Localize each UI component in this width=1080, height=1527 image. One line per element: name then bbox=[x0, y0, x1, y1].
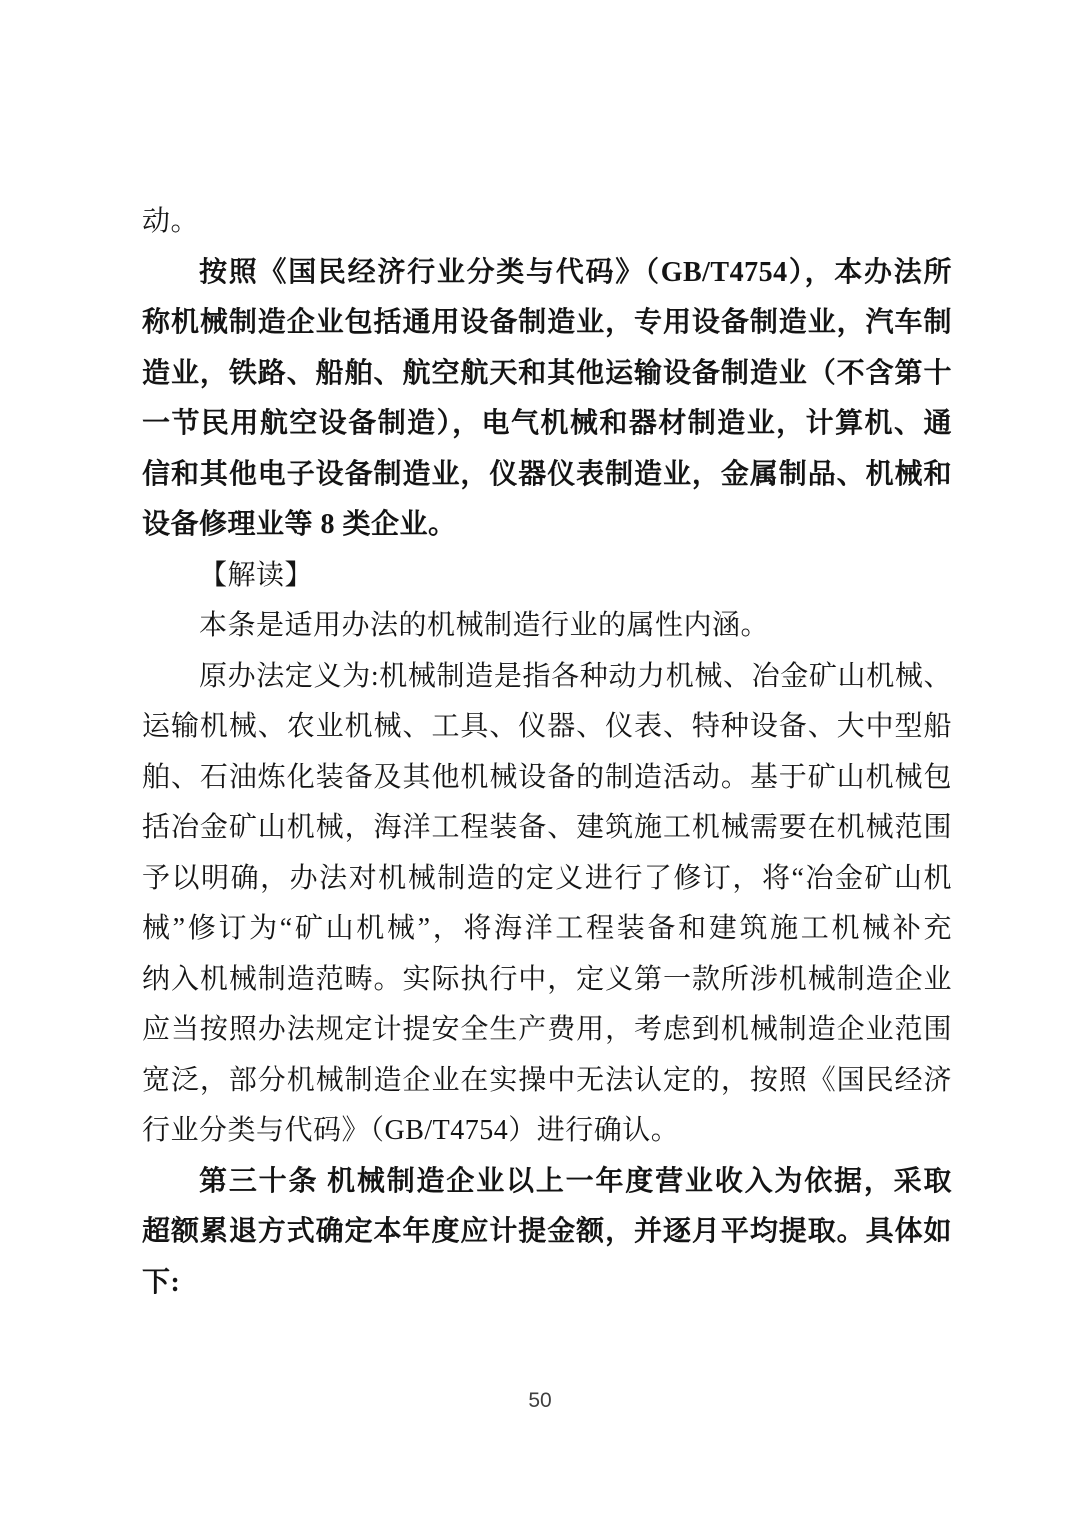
text-line: 应当按照办法规定计提安全生产费用，考虑到机械制造企业范围 bbox=[142, 1005, 952, 1056]
text-line: 一节民用航空设备制造），电气机械和器材制造业，计算机、通 bbox=[142, 399, 952, 450]
text-line: 设备修理业等 8 类企业。 bbox=[142, 500, 952, 551]
text-line: 本条是适用办法的机械制造行业的属性内涵。 bbox=[142, 601, 952, 652]
text-line: 括冶金矿山机械，海洋工程装备、建筑施工机械需要在机械范围 bbox=[142, 803, 952, 854]
text-line: 运输机械、农业机械、工具、仪器、仪表、特种设备、大中型船 bbox=[142, 702, 952, 753]
text-line: 下: bbox=[142, 1258, 952, 1309]
text-line: 造业，铁路、船舶、航空航天和其他运输设备制造业（不含第十 bbox=[142, 349, 952, 400]
text-line: 按照《国民经济行业分类与代码》（GB/T4754），本办法所 bbox=[142, 248, 952, 299]
text-line: 第三十条 机械制造企业以上一年度营业收入为依据，采取 bbox=[142, 1157, 952, 1208]
document-body: 动。按照《国民经济行业分类与代码》（GB/T4754），本办法所称机械制造企业包… bbox=[142, 197, 952, 1308]
text-line: 【解读】 bbox=[142, 551, 952, 602]
text-line: 超额累退方式确定本年度应计提金额，并逐月平均提取。具体如 bbox=[142, 1207, 952, 1258]
text-line: 信和其他电子设备制造业，仪器仪表制造业，金属制品、机械和 bbox=[142, 450, 952, 501]
text-line: 动。 bbox=[142, 197, 952, 248]
text-line: 行业分类与代码》（GB/T4754）进行确认。 bbox=[142, 1106, 952, 1157]
document-page: 动。按照《国民经济行业分类与代码》（GB/T4754），本办法所称机械制造企业包… bbox=[0, 0, 1080, 1527]
page-number: 50 bbox=[0, 1389, 1080, 1413]
text-line: 舶、石油炼化装备及其他机械设备的制造活动。基于矿山机械包 bbox=[142, 753, 952, 804]
text-line: 原办法定义为:机械制造是指各种动力机械、冶金矿山机械、 bbox=[142, 652, 952, 703]
text-line: 纳入机械制造范畴。实际执行中，定义第一款所涉机械制造企业 bbox=[142, 955, 952, 1006]
text-line: 宽泛，部分机械制造企业在实操中无法认定的，按照《国民经济 bbox=[142, 1056, 952, 1107]
text-line: 械”修订为“矿山机械”，将海洋工程装备和建筑施工机械补充 bbox=[142, 904, 952, 955]
text-line: 称机械制造企业包括通用设备制造业，专用设备制造业，汽车制 bbox=[142, 298, 952, 349]
text-line: 予以明确，办法对机械制造的定义进行了修订，将“冶金矿山机 bbox=[142, 854, 952, 905]
